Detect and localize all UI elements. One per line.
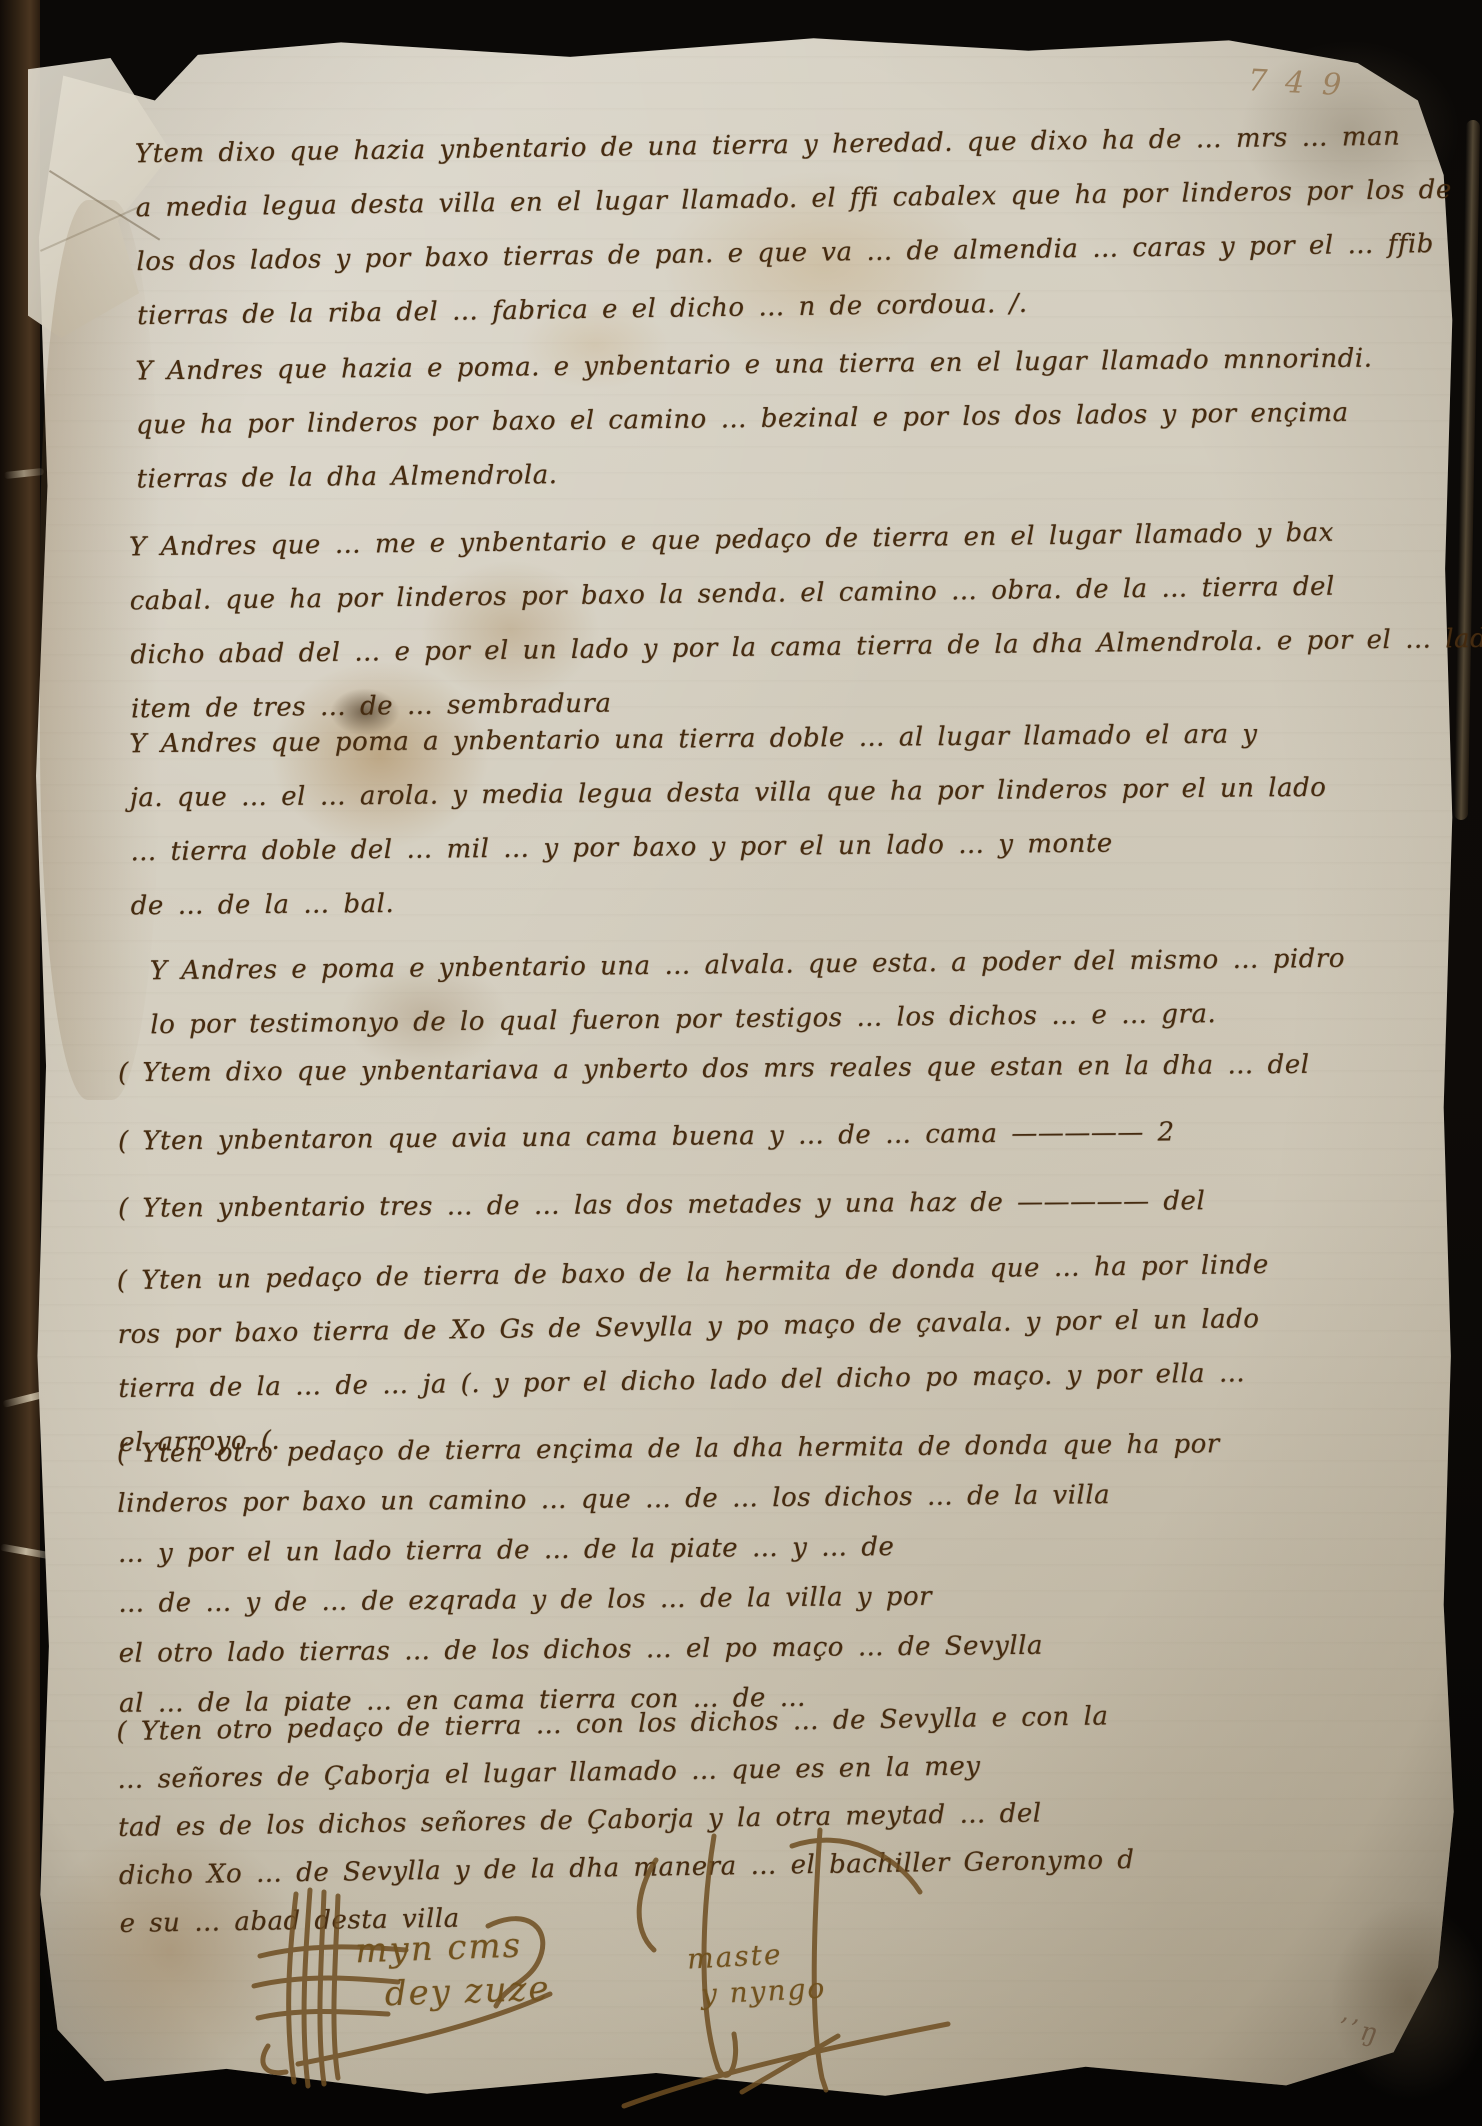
item-line-2: ( Yten ynbentaron que avia una cama buen…	[118, 1105, 1175, 1168]
signature-name: y nyngo	[700, 1970, 827, 2013]
manuscript-photo: 749 Ytem dixo que hazia ynbentario de un…	[0, 0, 1482, 2126]
manuscript-line: ja. que … el … arola. y media legua dest…	[130, 761, 1327, 825]
signature-right: maste y nyngo	[596, 1830, 956, 2126]
paragraph-3: Y Andres que … me e ynbentario e que ped…	[129, 504, 1482, 737]
signature-name: dey zuze	[384, 1967, 551, 2017]
paragraph-2: Y Andres que hazia e poma. e ynbentario …	[135, 332, 1374, 507]
manuscript-line: ( Yten ynbentario tres … de … las dos me…	[118, 1174, 1206, 1236]
paragraph-5: Y Andres e poma e ynbentario una … alval…	[149, 932, 1345, 1053]
manuscript-line: ( Ytem dixo que ynbentariava a ynberto d…	[118, 1038, 1310, 1100]
signature-left: myn cms dey zuze	[238, 1886, 578, 2106]
paragraph-4: Y Andres que poma a ynbentario una tierr…	[129, 707, 1327, 933]
signature-left-text: myn cms dey zuze	[355, 1923, 552, 2018]
item-line-3: ( Yten ynbentario tres … de … las dos me…	[118, 1174, 1206, 1236]
manuscript-line: ( Yten ynbentaron que avia una cama buen…	[118, 1105, 1175, 1168]
paragraph-1: Ytem dixo que hazia ynbentario de una ti…	[135, 109, 1454, 343]
item-paragraph-5: ( Yten otro pedaço de tierra ençima de l…	[117, 1419, 1222, 1729]
signature-right-text: maste y nyngo	[686, 1934, 827, 2013]
manuscript-line: linderos por baxo un camino … que … de ……	[117, 1469, 1220, 1529]
folio-number: 749	[1247, 63, 1360, 104]
manuscript-line: de … de la … bal.	[130, 869, 1327, 933]
item-line-1: ( Ytem dixo que ynbentariava a ynberto d…	[118, 1038, 1310, 1100]
signature-name: myn cms	[355, 1923, 550, 1974]
